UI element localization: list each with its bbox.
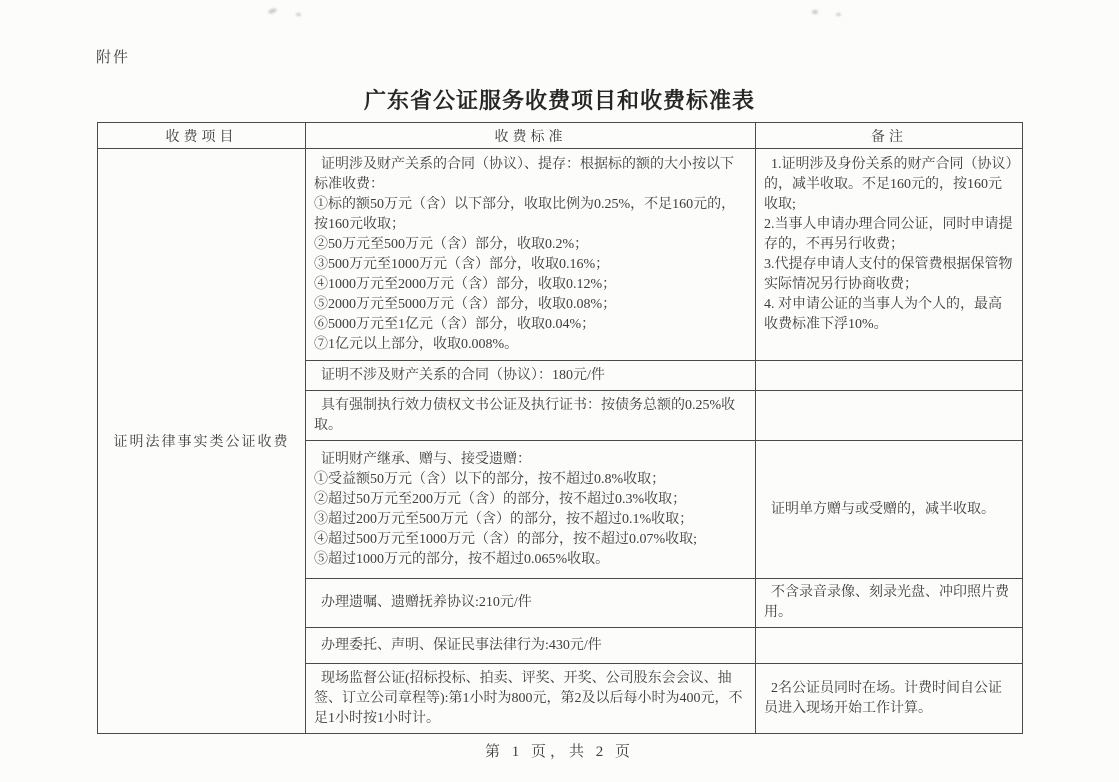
text-line: 证明单方赠与或受赠的，减半收取。 [764,500,1014,520]
text-line: 办理遗嘱、遗赠抚养协议:210元/件 [314,593,747,613]
remark-cell: 不含录音录像、刻录光盘、冲印照片费用。 [756,579,1023,628]
text-line: ④1000万元至2000万元（含）部分，收取0.12%； [314,275,747,295]
text-line: 办理委托、声明、保证民事法律行为:430元/件 [314,636,747,656]
attachment-label: 附件 [96,46,130,67]
remark-cell: 证明单方赠与或受赠的，减半收取。 [756,441,1023,579]
text-line: ⑤超过1000万元的部分，按不超过0.065%收取。 [314,550,747,570]
scan-artifact [268,8,278,15]
document-title: 广东省公证服务收费项目和收费标准表 [0,84,1119,115]
text-line: ⑤2000万元至5000万元（含）部分，收取0.08%； [314,295,747,315]
col-header-fee-item: 收费项目 [98,123,306,149]
text-line: 证明财产继承、赠与、接受遗赠： [314,450,747,470]
header-row: 收费项目 收费标准 备注 [98,123,1023,149]
text-line: 不含录音录像、刻录光盘、冲印照片费用。 [764,583,1014,623]
text-line: 4. 对申请公证的当事人为个人的，最高收费标准下浮10%。 [764,295,1014,335]
page-number: 第 1 页，共 2 页 [0,740,1119,761]
text-line: 2.当事人申请办理合同公证，同时申请提存的，不再另行收费； [764,215,1014,255]
text-line: ⑦1亿元以上部分，收取0.008%。 [314,335,747,355]
scan-artifact [836,13,841,16]
remark-cell [756,628,1023,664]
col-header-remark: 备注 [756,123,1023,149]
scan-artifact [812,10,818,14]
text-line: ②50万元至500万元（含）部分，收取0.2%； [314,235,747,255]
text-line: 1.证明涉及身份关系的财产合同（协议）的，减半收取。不足160元的，按160元收… [764,155,1014,215]
remark-cell [756,361,1023,391]
fee-standard-cell: 证明财产继承、赠与、接受遗赠：①受益额50万元（含）以下的部分，按不超过0.8%… [306,441,756,579]
fee-table: 收费项目 收费标准 备注 证明法律事实类公证收费 证明涉及财产关系的合同（协议）… [97,122,1023,734]
fee-standard-cell: 办理遗嘱、遗赠抚养协议:210元/件 [306,579,756,628]
text-line: 现场监督公证(招标投标、拍卖、评奖、开奖、公司股东会会议、抽签、订立公司章程等)… [314,669,747,729]
col-header-fee-standard: 收费标准 [306,123,756,149]
remark-cell: 1.证明涉及身份关系的财产合同（协议）的，减半收取。不足160元的，按160元收… [756,149,1023,361]
table-row: 证明法律事实类公证收费 证明涉及财产关系的合同（协议）、提存：根据标的额的大小按… [98,149,1023,361]
text-line: 证明涉及财产关系的合同（协议）、提存：根据标的额的大小按以下标准收费： [314,155,747,195]
text-line: ⑥5000万元至1亿元（含）部分，收取0.04%； [314,315,747,335]
text-line: ③超过200万元至500万元（含）的部分，按不超过0.1%收取； [314,510,747,530]
fee-standard-cell: 办理委托、声明、保证民事法律行为:430元/件 [306,628,756,664]
fee-standard-cell: 证明不涉及财产关系的合同（协议）：180元/件 [306,361,756,391]
text-line: ②超过50万元至200万元（含）的部分，按不超过0.3%收取； [314,490,747,510]
scanned-page: 附件 广东省公证服务收费项目和收费标准表 收费项目 收费标准 备注 证明法律事实… [0,0,1119,782]
fee-standard-cell: 现场监督公证(招标投标、拍卖、评奖、开奖、公司股东会会议、抽签、订立公司章程等)… [306,664,756,734]
fee-standard-cell: 具有强制执行效力债权文书公证及执行证书：按债务总额的0.25%收取。 [306,391,756,441]
text-line: 证明不涉及财产关系的合同（协议）：180元/件 [314,366,747,386]
text-line: ①受益额50万元（含）以下的部分，按不超过0.8%收取； [314,470,747,490]
scan-artifact [296,13,301,16]
remark-cell: 2名公证员同时在场。计费时间自公证员进入现场开始工作计算。 [756,664,1023,734]
fee-standard-cell: 证明涉及财产关系的合同（协议）、提存：根据标的额的大小按以下标准收费：①标的额5… [306,149,756,361]
remark-cell [756,391,1023,441]
text-line: 2名公证员同时在场。计费时间自公证员进入现场开始工作计算。 [764,679,1014,719]
text-line: 3.代提存申请人支付的保管费根据保管物实际情况另行协商收费； [764,255,1014,295]
fee-category-cell: 证明法律事实类公证收费 [98,149,306,734]
text-line: ③500万元至1000万元（含）部分，收取0.16%； [314,255,747,275]
text-line: 具有强制执行效力债权文书公证及执行证书：按债务总额的0.25%收取。 [314,396,747,436]
text-line: ①标的额50万元（含）以下部分，收取比例为0.25%，不足160元的，按160元… [314,195,747,235]
text-line: ④超过500万元至1000万元（含）的部分，按不超过0.07%收取; [314,530,747,550]
